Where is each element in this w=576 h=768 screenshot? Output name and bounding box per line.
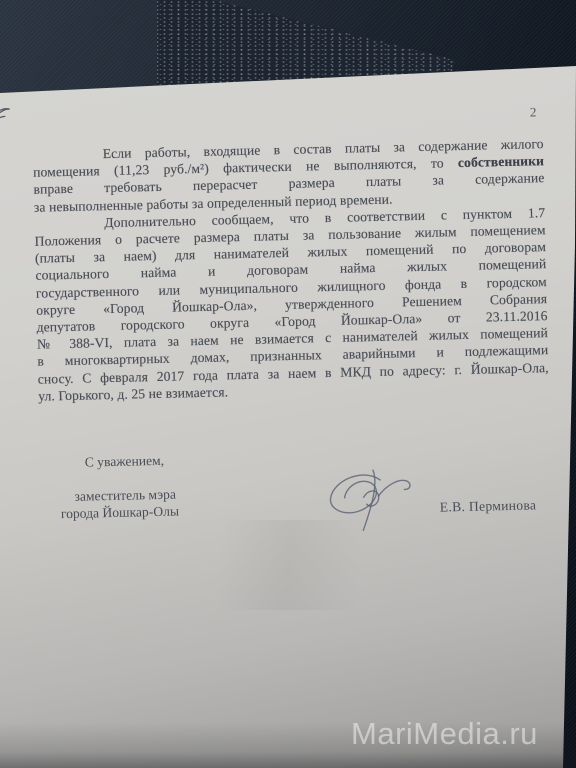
pen-scribble-icon	[0, 100, 16, 127]
paper-content: 2 Если работы, входящие в состав платы з…	[0, 0, 576, 768]
page-number: 2	[530, 104, 537, 120]
signer-title: заместитель мэра города Йошкар-Олы	[60, 487, 179, 523]
watermark-text: MariMedia.ru	[351, 716, 551, 752]
body-line-bold-text: собственники	[458, 153, 544, 170]
signer-title-line1: заместитель мэра	[74, 487, 179, 506]
letter-body: Если работы, входящие в состав платы за …	[33, 135, 550, 405]
signature	[320, 463, 426, 537]
signer-title-line2: города Йошкар-Олы	[61, 503, 180, 522]
document-photo: 2 Если работы, входящие в состав платы з…	[0, 0, 576, 768]
salutation: С уважением,	[85, 453, 165, 471]
signer-name: Е.В. Перминова	[440, 497, 537, 515]
